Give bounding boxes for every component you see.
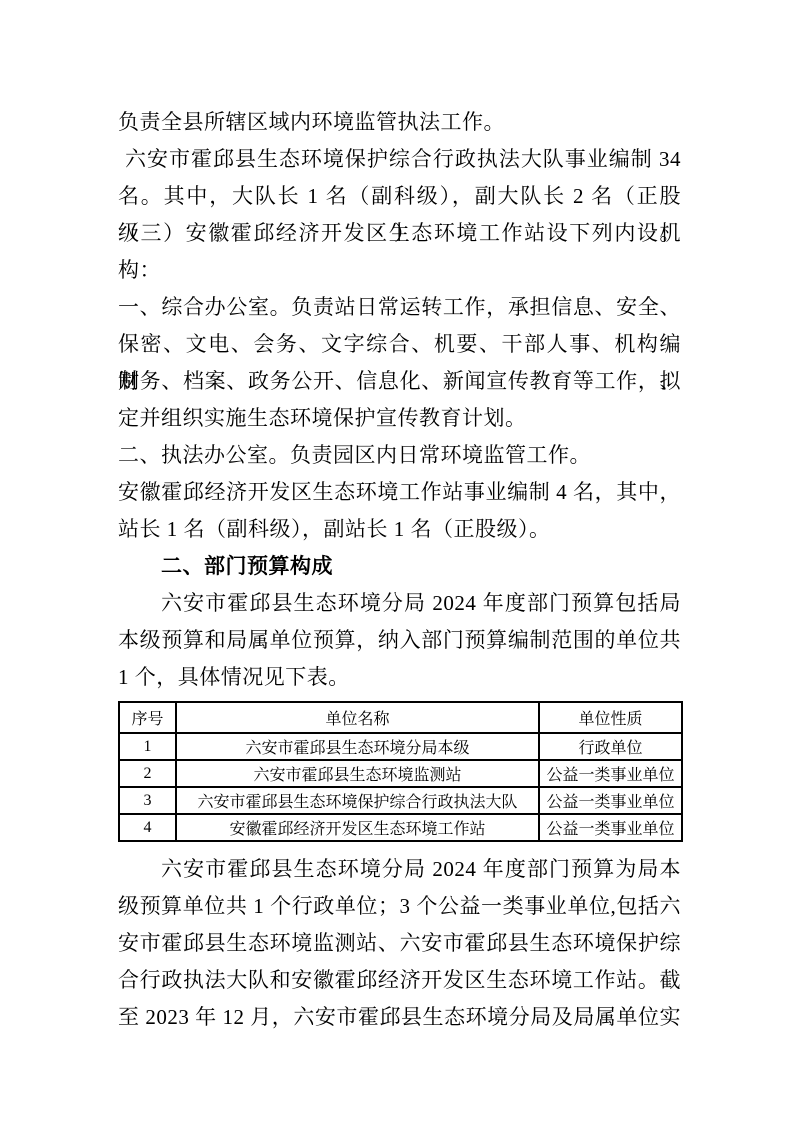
table-cell: 六安市霍邱县生态环境保护综合行政执法大队 [176, 787, 539, 814]
table-row: 4安徽霍邱经济开发区生态环境工作站公益一类事业单位 [119, 814, 682, 841]
paragraph-line: 保密、文电、会务、文字综合、机要、干部人事、机构编制、 [118, 326, 681, 363]
paragraph-line: 级预算单位共 1 个行政单位；3 个公益一类事业单位,包括六 [118, 888, 681, 925]
paragraph-line: 定并组织实施生态环境保护宣传教育计划。 [118, 400, 681, 437]
table-cell: 公益一类事业单位 [539, 760, 682, 787]
paragraph-line: 名。其中，大队长 1 名（副科级），副大队长 2 名（正股级）。 [118, 178, 681, 215]
section-heading: 二、部门预算构成 [118, 548, 681, 585]
table-cell: 公益一类事业单位 [539, 787, 682, 814]
paragraph-line: 二、执法办公室。负责园区内日常环境监管工作。 [118, 437, 681, 474]
paragraph-line: 安徽霍邱经济开发区生态环境工作站事业编制 4 名，其中， [118, 474, 681, 511]
paragraph-line: （三）安徽霍邱经济开发区生态环境工作站设下列内设机 [118, 215, 681, 252]
table-header-cell: 序号 [119, 702, 176, 733]
table-cell: 公益一类事业单位 [539, 814, 682, 841]
paragraph-line: 1 个，具体情况见下表。 [118, 659, 681, 696]
table-header-cell: 单位名称 [176, 702, 539, 733]
paragraph-line: 六安市霍邱县生态环境分局 2024 年度部门预算包括局 [118, 585, 681, 622]
text-block-upper: 负责全县所辖区域内环境监管执法工作。六安市霍邱县生态环境保护综合行政执法大队事业… [118, 104, 681, 696]
paragraph-line: 安市霍邱县生态环境监测站、六安市霍邱县生态环境保护综 [118, 925, 681, 962]
paragraph-line: 六安市霍邱县生态环境分局 2024 年度部门预算为局本 [118, 851, 681, 888]
paragraph-line: 站长 1 名（副科级），副站长 1 名（正股级）。 [118, 511, 681, 548]
table-header-cell: 单位性质 [539, 702, 682, 733]
table-cell: 六安市霍邱县生态环境分局本级 [176, 733, 539, 760]
table-cell: 2 [119, 760, 176, 787]
table-cell: 安徽霍邱经济开发区生态环境工作站 [176, 814, 539, 841]
table-header-row: 序号单位名称单位性质 [119, 702, 682, 733]
table-cell: 六安市霍邱县生态环境监测站 [176, 760, 539, 787]
table-cell: 4 [119, 814, 176, 841]
table-cell: 3 [119, 787, 176, 814]
budget-units-table: 序号单位名称单位性质 1六安市霍邱县生态环境分局本级行政单位2六安市霍邱县生态环… [118, 701, 683, 842]
paragraph-line: 财务、档案、政务公开、信息化、新闻宣传教育等工作，拟 [118, 363, 681, 400]
paragraph-line: 至 2023 年 12 月，六安市霍邱县生态环境分局及局属单位实 [118, 999, 681, 1036]
paragraph-line: 六安市霍邱县生态环境保护综合行政执法大队事业编制 34 [118, 141, 681, 178]
paragraph-line: 本级预算和局属单位预算，纳入部门预算编制范围的单位共 [118, 622, 681, 659]
table-row: 3六安市霍邱县生态环境保护综合行政执法大队公益一类事业单位 [119, 787, 682, 814]
document-page: 负责全县所辖区域内环境监管执法工作。六安市霍邱县生态环境保护综合行政执法大队事业… [0, 0, 794, 1122]
paragraph-line: 合行政执法大队和安徽霍邱经济开发区生态环境工作站。截 [118, 962, 681, 999]
text-block-lower: 六安市霍邱县生态环境分局 2024 年度部门预算为局本级预算单位共 1 个行政单… [118, 851, 681, 1036]
table-cell: 行政单位 [539, 733, 682, 760]
paragraph-line: 构： [118, 252, 681, 289]
table-row: 2六安市霍邱县生态环境监测站公益一类事业单位 [119, 760, 682, 787]
paragraph-line: 负责全县所辖区域内环境监管执法工作。 [118, 104, 681, 141]
document-content: 负责全县所辖区域内环境监管执法工作。六安市霍邱县生态环境保护综合行政执法大队事业… [118, 104, 681, 1036]
table-row: 1六安市霍邱县生态环境分局本级行政单位 [119, 733, 682, 760]
paragraph-line: 一、综合办公室。负责站日常运转工作，承担信息、安全、 [118, 289, 681, 326]
table-cell: 1 [119, 733, 176, 760]
